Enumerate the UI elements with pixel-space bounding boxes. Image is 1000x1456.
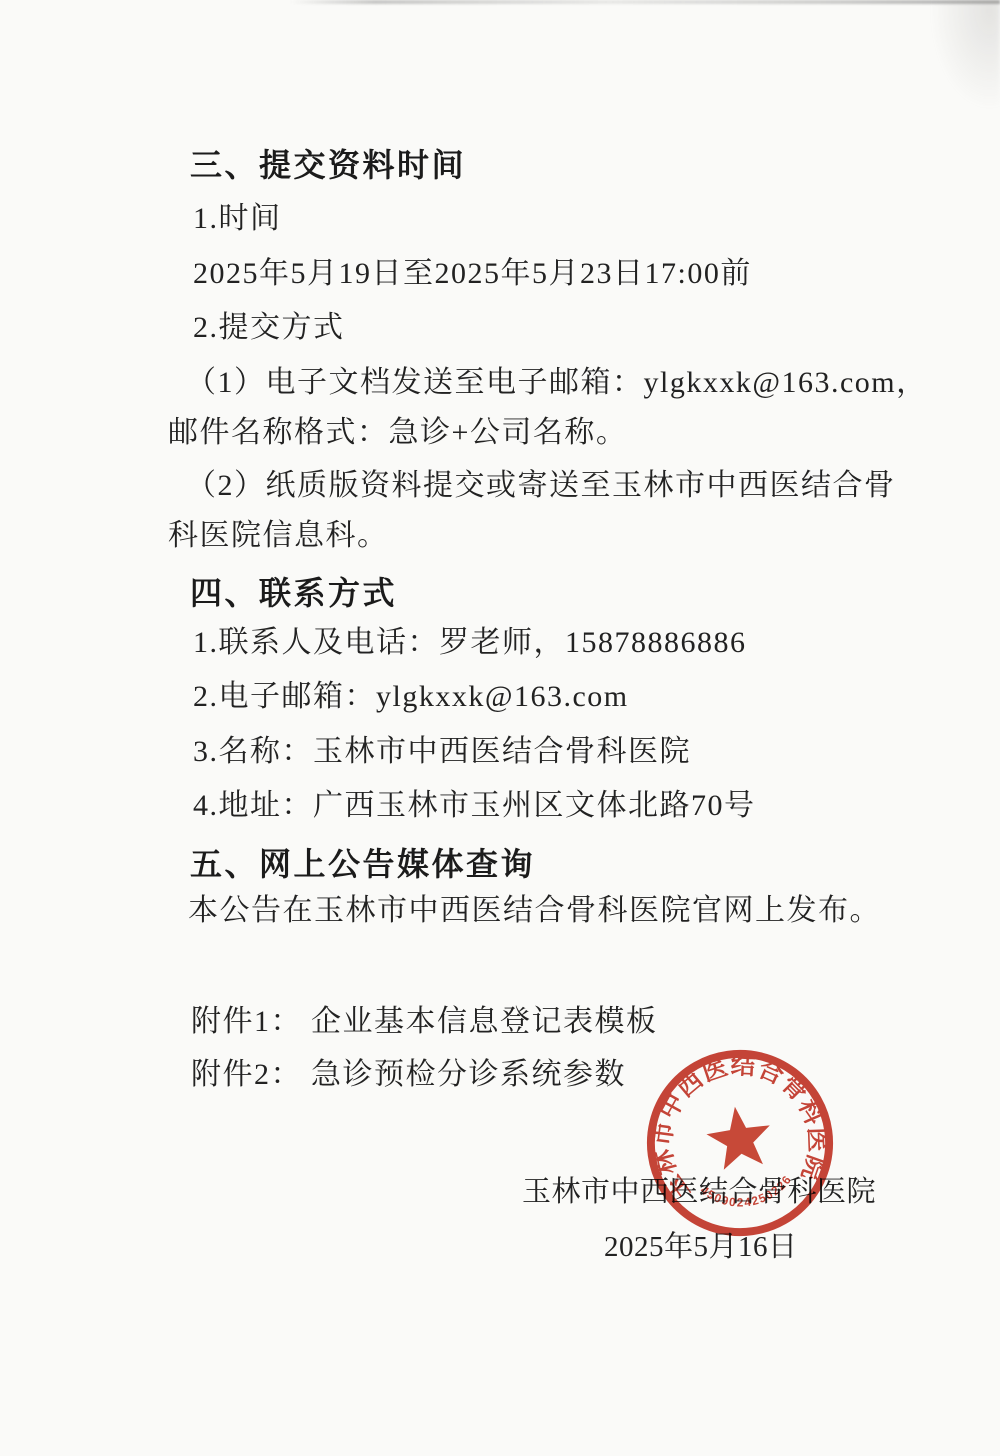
notice-body: 本公告在玉林市中西医结合骨科医院官网上发布。 [188, 896, 881, 926]
section-submit-heading: 三、提交资料时间 [190, 149, 466, 181]
seal-serial-number: 4509024250226 [696, 1171, 797, 1216]
submit-method-item1-line1: （1）电子文档发送至电子邮箱：ylgkxxk@163.com， [186, 368, 928, 398]
submit-method-item2-line2: 科医院信息科。 [168, 521, 389, 551]
section-notice-heading: 五、网上公告媒体查询 [190, 848, 535, 880]
contact-address: 4.地址：广西玉林市玉州区文体北路70号 [193, 791, 756, 821]
contact-email: 2.电子邮箱：ylgkxxk@163.com [193, 682, 629, 712]
submit-time-value: 2025年5月19日至2025年5月23日17:00前 [193, 259, 752, 289]
submit-time-label: 1.时间 [193, 204, 282, 234]
attachment-2: 附件2： 急诊预检分诊系统参数 [191, 1060, 626, 1090]
section-contact-heading: 四、联系方式 [190, 577, 397, 609]
submit-method-item1-line2: 邮件名称格式：急诊+公司名称。 [168, 418, 627, 448]
contact-person-phone: 1.联系人及电话：罗老师，15878886886 [193, 628, 747, 658]
submit-method-item2-line1: （2）纸质版资料提交或寄送至玉林市中西医结合骨 [186, 471, 896, 501]
contact-org-name: 3.名称：玉林市中西医结合骨科医院 [193, 737, 691, 767]
scan-artifact-corner [930, 0, 1000, 110]
scan-artifact-top-edge [290, 0, 1000, 4]
submit-method-label: 2.提交方式 [193, 313, 345, 343]
document-page: 三、提交资料时间 1.时间 2025年5月19日至2025年5月23日17:00… [0, 0, 1000, 1456]
seal-star-icon [703, 1102, 775, 1171]
svg-text:4509024250226: 4509024250226 [696, 1171, 797, 1216]
attachment-1: 附件1： 企业基本信息登记表模板 [191, 1007, 658, 1037]
official-seal: 玉林市中西医结合骨科医院 4509024250226 [624, 1031, 856, 1256]
